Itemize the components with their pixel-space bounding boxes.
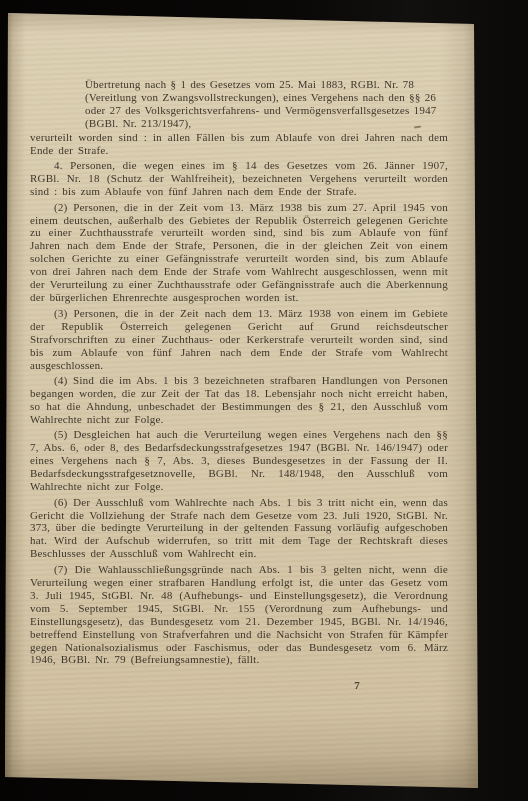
scanned-document-page: Übertretung nach § 1 des Gesetzes vom 25… [0,0,528,801]
paragraph-abs-4: (4) Sind die im Abs. 1 bis 3 bezeichnete… [30,375,448,427]
paragraph-statute-quote: Übertretung nach § 1 des Gesetzes vom 25… [85,79,448,131]
page-number: 7 [348,680,366,692]
body-text-column: Übertretung nach § 1 des Gesetzes vom 25… [30,79,448,667]
paragraph-abs-6: (6) Der Ausschluß vom Wahlrechte nach Ab… [30,497,448,562]
paragraph-continuation: verurteilt worden sind : in allen Fällen… [30,132,448,158]
paragraph-abs-3: (3) Personen, die in der Zeit nach dem 1… [30,308,448,373]
paragraph-item-4: 4. Personen, die wegen eines im § 14 des… [30,160,448,199]
paragraph-abs-5: (5) Desgleichen hat auch die Verurteilun… [30,429,448,494]
paragraph-abs-2: (2) Personen, die in der Zeit vom 13. Mä… [30,202,448,306]
paragraph-abs-7: (7) Die Wahlausschließungsgründe nach Ab… [30,564,448,668]
paper-sheet: Übertretung nach § 1 des Gesetzes vom 25… [0,0,528,801]
